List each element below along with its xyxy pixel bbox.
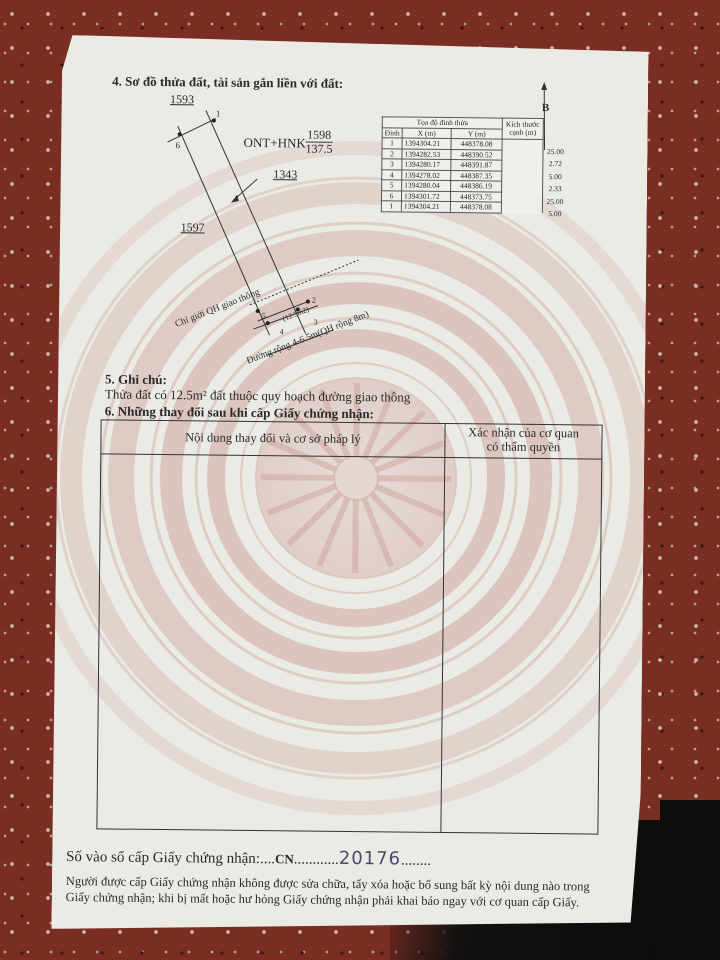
cell-x: 1394278.02 <box>402 170 451 181</box>
col-vertex: Đỉnh <box>382 127 402 138</box>
warning-note: Người được cấp Giấy chứng nhận không đượ… <box>66 873 646 911</box>
cell-vertex: 2 <box>382 148 402 159</box>
land-certificate-page: 4. Sơ đồ thửa đất, tài sản gắn liền với … <box>51 35 648 935</box>
cell-x: 1394304.21 <box>402 138 451 149</box>
cell-x: 1394280.04 <box>402 180 451 191</box>
coordinate-table: Tọa độ đỉnh thửa Kích thước cạnh (m) Đỉn… <box>381 116 544 213</box>
registry-number-handwritten: 20176 <box>339 848 401 870</box>
cell-y: 448390.52 <box>451 149 502 160</box>
changes-table: Nội dung thay đổi và cơ sở pháp lý Xác n… <box>96 419 602 834</box>
edge-length: 5.00 <box>537 208 573 221</box>
header-authority-line1: Xác nhận của cơ quan <box>445 425 601 441</box>
north-label: B <box>542 102 549 114</box>
header-authority-confirmation: Xác nhận của cơ quan có thẩm quyền <box>445 425 601 455</box>
vertex-5-label: 5 <box>262 311 266 320</box>
edge-length-header: Kích thước cạnh (m) <box>502 118 543 139</box>
cell-y: 448378.08 <box>450 202 501 213</box>
parcel-area: 137.5 <box>305 143 332 156</box>
cell-y: 448373.75 <box>450 191 501 202</box>
vertex-4-label: 4 <box>280 327 284 336</box>
neighbor-parcel-1597: 1597 <box>181 220 205 235</box>
header-authority-line2: có thẩm quyền <box>445 439 601 455</box>
edge-lengths: 25.00 2.72 5.00 2.33 25.00 5.00 <box>537 146 574 221</box>
cell-vertex: 5 <box>382 180 402 191</box>
cell-y: 448386.19 <box>451 181 502 192</box>
cell-x: 1394301.72 <box>401 191 450 202</box>
section-5-note: Thửa đất có 12.5m² đất thuộc quy hoạch đ… <box>105 386 411 405</box>
vertex-6-label: 6 <box>175 140 180 150</box>
vertex-2-label: 2 <box>312 296 316 305</box>
cell-vertex: 1 <box>382 138 402 149</box>
column-divider <box>440 424 445 832</box>
edge-length: 5.00 <box>537 171 573 184</box>
cell-y: 448378.08 <box>451 139 502 150</box>
edge-length: 2.33 <box>537 183 573 196</box>
edge-length: 25.00 <box>537 196 573 209</box>
cell-x: 1394304.21 <box>401 201 450 212</box>
edge-length: 25.00 <box>537 146 573 159</box>
cell-vertex: 3 <box>382 159 402 170</box>
registry-dots: ............ <box>294 851 339 867</box>
vertex-1-label: 1 <box>216 109 221 119</box>
registry-number-line: Số vào sổ cấp Giấy chứng nhận:....CN....… <box>66 845 431 870</box>
vertex-3-label: 3 <box>314 318 318 327</box>
section-4-title: 4. Sơ đồ thửa đất, tài sản gắn liền với … <box>112 73 343 91</box>
edge-length: 2.72 <box>537 158 573 171</box>
cell-vertex: 6 <box>381 190 401 201</box>
registry-label: Số vào sổ cấp Giấy chứng nhận:.... <box>66 849 275 867</box>
col-y: Y (m) <box>451 128 502 139</box>
neighbor-parcel-1593: 1593 <box>170 92 194 107</box>
col-x: X (m) <box>402 128 451 139</box>
parcel-fraction: 1598 137.5 <box>305 129 332 156</box>
cell-y: 448387.35 <box>451 170 502 181</box>
cell-vertex: 1 <box>381 201 401 212</box>
registry-dots-after: ........ <box>401 853 431 869</box>
neighbor-parcel-1343: 1343 <box>273 167 297 182</box>
cell-x: 1394280.17 <box>402 159 451 170</box>
cell-vertex: 4 <box>382 169 402 180</box>
registry-prefix: CN <box>275 851 294 866</box>
cell-x: 1394282.53 <box>402 149 451 160</box>
land-use-code: ONT+HNK <box>243 135 305 152</box>
cell-y: 448391.87 <box>451 160 502 171</box>
dark-edge-background <box>660 800 720 960</box>
